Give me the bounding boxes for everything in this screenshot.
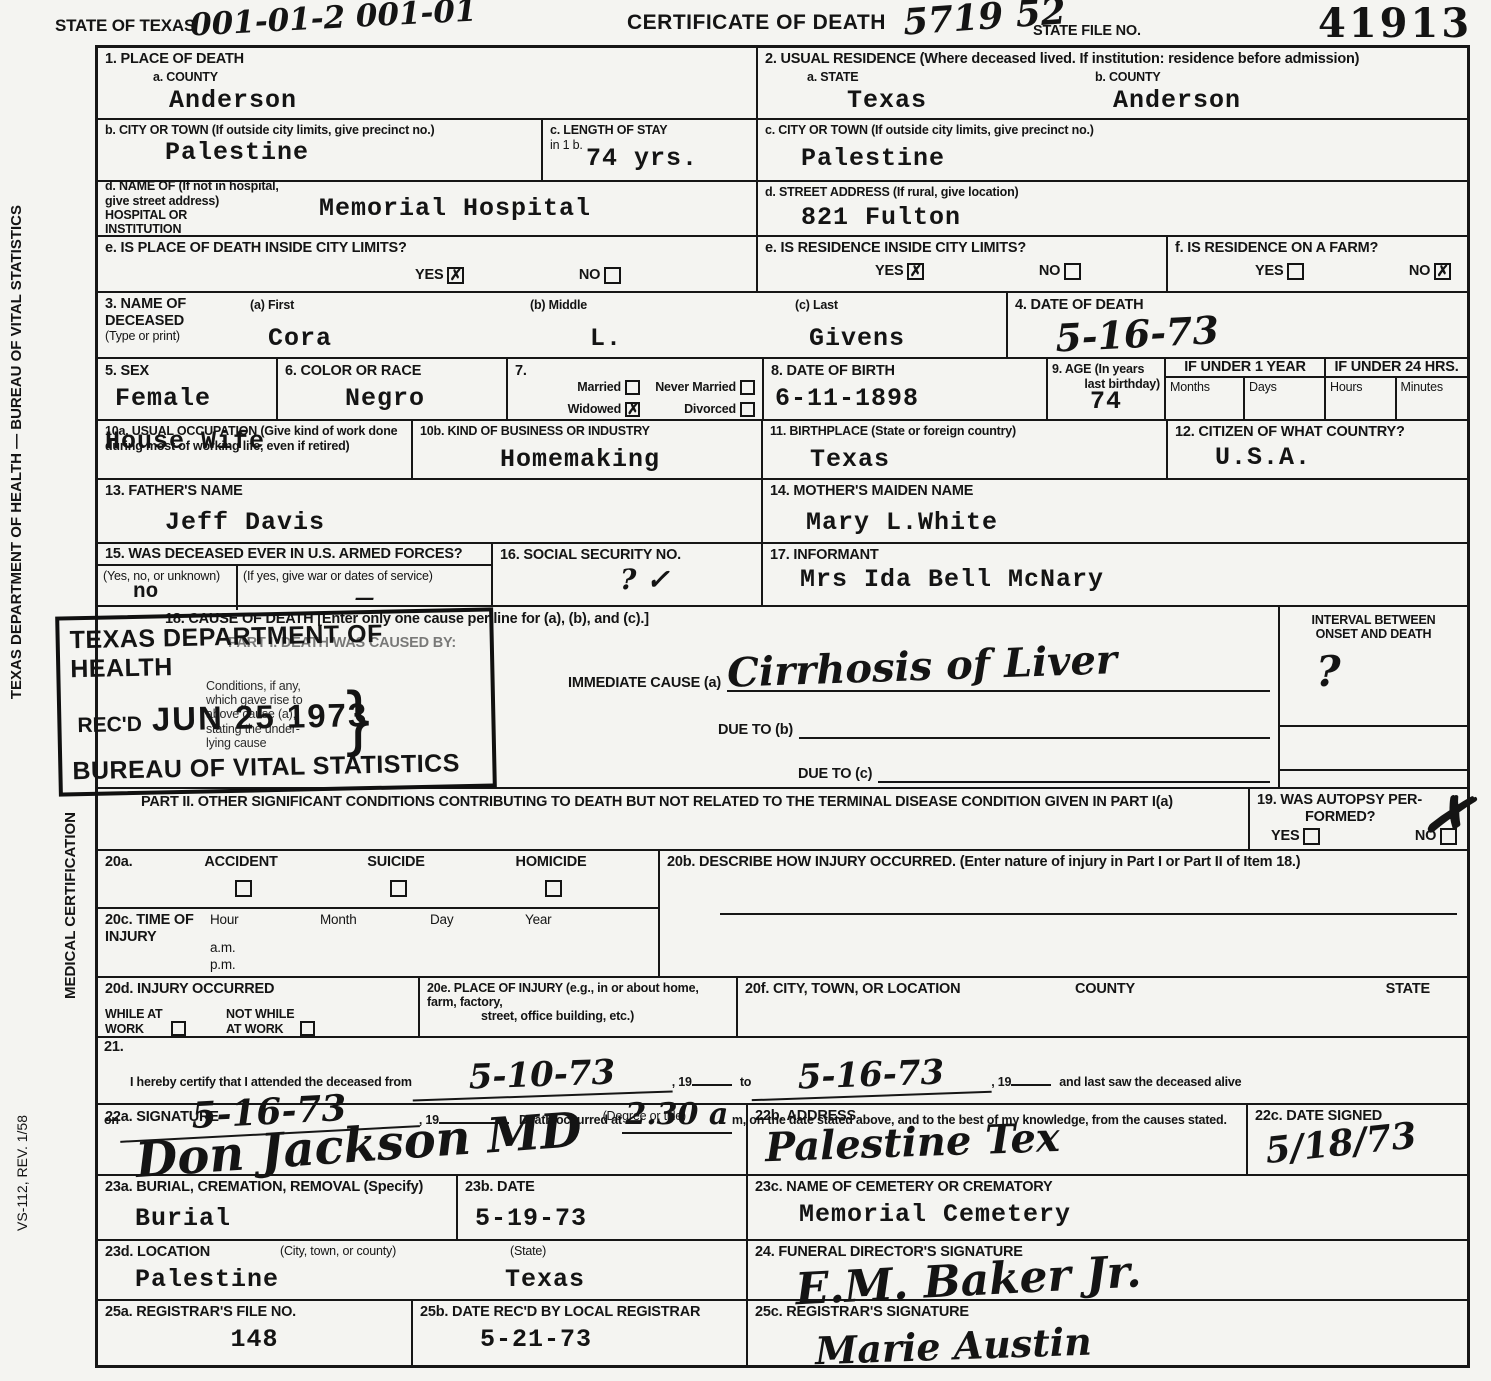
name-label-2: DECEASED bbox=[105, 313, 250, 330]
widowed-label: Widowed bbox=[568, 402, 621, 416]
row-registrar: 25a. REGISTRAR'S FILE NO. 148 25b. DATE … bbox=[98, 1301, 1467, 1365]
field-physician-signature: 22a. SIGNATURE (Degree or title) Don Jac… bbox=[98, 1105, 748, 1174]
autopsy-yes-label: YES bbox=[1271, 828, 1299, 844]
field-name-of-deceased: 3. NAME OF DECEASED (Type or print) (a) … bbox=[98, 293, 1008, 357]
injury-desc-label: 20b. DESCRIBE HOW INJURY OCCURRED. (Ente… bbox=[667, 854, 1460, 871]
physician-signature-value: Don Jackson MD bbox=[134, 1091, 740, 1189]
residence-farm-yes-label: YES bbox=[1255, 263, 1283, 279]
injury-pm-label: p.m. bbox=[210, 957, 320, 973]
signature-label: 22a. SIGNATURE bbox=[105, 1109, 219, 1125]
registrar-file-value: 148 bbox=[105, 1325, 404, 1354]
field-describe-injury: 20b. DESCRIBE HOW INJURY OCCURRED. (Ente… bbox=[660, 851, 1467, 976]
months-label: Months bbox=[1166, 378, 1245, 419]
due-to-b-line: DUE TO (b) bbox=[718, 715, 1270, 739]
injury-place-label-1: 20e. PLACE OF INJURY (e.g., in or about … bbox=[427, 981, 729, 1010]
not-while-at-work-label: NOT WHILE AT WORK bbox=[226, 1007, 296, 1036]
field-informant: 17. INFORMANT Mrs Ida Bell McNary bbox=[763, 544, 1467, 605]
place-city-label: b. CITY OR TOWN (If outside city limits,… bbox=[105, 123, 534, 137]
mother-value: Mary L.White bbox=[770, 508, 1460, 537]
death-certificate-scan: STATE OF TEXAS 001-01-2 001-01 CERTIFICA… bbox=[0, 0, 1491, 1381]
armed-forces-value: no bbox=[103, 581, 231, 604]
field-usual-residence: 2. USUAL RESIDENCE (Where deceased lived… bbox=[758, 48, 1467, 291]
field-interval-onset-death: INTERVAL BETWEEN ONSET AND DEATH ? bbox=[1280, 607, 1467, 788]
injury-day-label: Day bbox=[430, 912, 525, 973]
certify-to-value: 5-16-73 bbox=[751, 1051, 992, 1101]
field-mother-maiden-name: 14. MOTHER'S MAIDEN NAME Mary L.White bbox=[763, 480, 1467, 541]
field-funeral-director-signature: 24. FUNERAL DIRECTOR'S SIGNATURE E.M. Ba… bbox=[748, 1241, 1467, 1299]
location-state-label: (State) bbox=[510, 1244, 546, 1261]
state-file-no-label: STATE FILE NO. bbox=[1033, 23, 1141, 40]
mother-label: 14. MOTHER'S MAIDEN NAME bbox=[770, 483, 1460, 500]
checkbox-while-at-work bbox=[171, 1021, 186, 1036]
homicide-label: HOMICIDE bbox=[471, 854, 631, 871]
checkbox-not-while-at-work bbox=[300, 1021, 315, 1036]
age-value: 74 bbox=[1052, 387, 1160, 416]
while-at-work-label: WHILE AT WORK bbox=[105, 1007, 167, 1036]
residence-city-label: c. CITY OR TOWN (If outside city limits,… bbox=[765, 123, 1460, 137]
place-limits-no-label: NO bbox=[579, 267, 600, 283]
row-certification: 21. I hereby certify that I attended the… bbox=[98, 1038, 1467, 1105]
middle-name-label: (b) Middle bbox=[530, 298, 587, 312]
certify-to-label: to bbox=[740, 1075, 751, 1089]
checkbox-suicide bbox=[390, 880, 407, 897]
certify-year-blank-2: , 19 bbox=[991, 1075, 1011, 1089]
injury-am-label: a.m. bbox=[210, 940, 320, 956]
place-county-label: a. COUNTY bbox=[153, 70, 218, 84]
field-burial-date: 23b. DATE 5-19-73 bbox=[458, 1176, 748, 1239]
row-occupation-birthplace: 10a. USUAL OCCUPATION (Give kind of work… bbox=[98, 421, 1467, 480]
field-injury-occurred: 20d. INJURY OCCURRED WHILE AT WORK NOT W… bbox=[98, 978, 420, 1036]
interval-label-1: INTERVAL BETWEEN bbox=[1288, 613, 1459, 627]
residence-limits-label: e. IS RESIDENCE INSIDE CITY LIMITS? bbox=[765, 240, 1159, 257]
length-of-stay-label: c. LENGTH OF STAY bbox=[550, 123, 749, 137]
days-label: Days bbox=[1245, 378, 1324, 419]
residence-street-value: 821 Fulton bbox=[765, 203, 1460, 232]
field-usual-occupation: 10a. USUAL OCCUPATION (Give kind of work… bbox=[98, 421, 413, 478]
place-limits-yes-label: YES bbox=[415, 267, 443, 283]
middle-name-value: L. bbox=[530, 324, 795, 353]
row-place-and-residence: 1. PLACE OF DEATH a. COUNTY Anderson b. … bbox=[98, 48, 1467, 293]
registrar-date-label: 25b. DATE REC'D BY LOCAL REGISTRAR bbox=[420, 1304, 739, 1321]
row-sex-race-age: 5. SEX Female 6. COLOR OR RACE Negro 7. … bbox=[98, 359, 1467, 421]
industry-value: Homemaking bbox=[420, 445, 754, 474]
residence-county-value: Anderson bbox=[1095, 86, 1241, 115]
field-armed-forces: 15. WAS DECEASED EVER IN U.S. ARMED FORC… bbox=[98, 544, 493, 605]
row-part2-autopsy: PART II. OTHER SIGNIFICANT CONDITIONS CO… bbox=[98, 789, 1467, 851]
hospital-label-3: INSTITUTION bbox=[105, 222, 305, 236]
checkbox-married bbox=[625, 380, 640, 395]
race-value: Negro bbox=[285, 384, 499, 413]
injury-hour-label: Hour bbox=[210, 912, 320, 928]
field-father-name: 13. FATHER'S NAME Jeff Davis bbox=[98, 480, 763, 541]
cemetery-value: Memorial Cemetery bbox=[755, 1200, 1460, 1229]
checkbox-widowed: ✗ bbox=[625, 402, 640, 417]
field-part2-conditions: PART II. OTHER SIGNIFICANT CONDITIONS CO… bbox=[98, 789, 1250, 849]
ssn-value: ? ✓ bbox=[500, 563, 754, 596]
checkbox-autopsy-yes bbox=[1303, 828, 1320, 845]
row-injury-type-time: 20a. ACCIDENT SUICIDE HOMICIDE bbox=[98, 851, 1467, 978]
date-of-birth-value: 6-11-1898 bbox=[771, 384, 1039, 413]
date-of-birth-label: 8. DATE OF BIRTH bbox=[771, 363, 895, 379]
immediate-cause-value: Cirrhosis of Liver bbox=[726, 636, 1117, 697]
divorced-label: Divorced bbox=[684, 402, 736, 416]
under-24-hrs-label: IF UNDER 24 HRS. bbox=[1326, 359, 1467, 378]
burial-label: 23a. BURIAL, CREMATION, REMOVAL (Specify… bbox=[105, 1179, 449, 1196]
part1-label: PART I. DEATH WAS CAUSED BY: bbox=[228, 635, 456, 652]
field-registrar-signature: 25c. REGISTRAR'S SIGNATURE Marie Austin bbox=[748, 1301, 1467, 1365]
burial-date-value: 5-19-73 bbox=[465, 1204, 739, 1233]
injury-year-label: Year bbox=[525, 912, 651, 973]
handwritten-local-codes: 001-01-2 001-01 bbox=[189, 0, 477, 43]
conditions-note-line4: stating the under- bbox=[206, 722, 302, 736]
industry-label: 10b. KIND OF BUSINESS OR INDUSTRY bbox=[420, 424, 754, 438]
field-date-of-death: 4. DATE OF DEATH 5-16-73 bbox=[1008, 293, 1467, 357]
field-cemetery-name: 23c. NAME OF CEMETERY OR CREMATORY Memor… bbox=[748, 1176, 1467, 1239]
checkbox-divorced bbox=[740, 402, 755, 417]
location-city-label: (City, town, or county) bbox=[280, 1244, 510, 1261]
field-ssn: 16. SOCIAL SECURITY NO. ? ✓ bbox=[493, 544, 763, 605]
injury-county-label: COUNTY bbox=[1075, 981, 1355, 1033]
cause-of-death-label: 18. CAUSE OF DEATH [Enter only one cause… bbox=[158, 609, 656, 630]
registrar-date-value: 5-21-73 bbox=[420, 1325, 739, 1354]
checkbox-never-married bbox=[740, 380, 755, 395]
first-name-value: Cora bbox=[250, 324, 530, 353]
sex-label: 5. SEX bbox=[105, 363, 149, 379]
armed-forces-sub2-label: (If yes, give war or dates of service) bbox=[243, 569, 433, 583]
certify-year-blank-1: , 19 bbox=[672, 1075, 692, 1089]
date-of-death-label: 4. DATE OF DEATH bbox=[1015, 297, 1143, 313]
interval-value: ? bbox=[1288, 647, 1459, 696]
field-if-under-24-hrs: IF UNDER 24 HRS. Hours Minutes bbox=[1326, 359, 1467, 419]
interval-label-2: ONSET AND DEATH bbox=[1288, 627, 1459, 641]
armed-forces-sub1-label: (Yes, no, or unknown) bbox=[103, 569, 220, 583]
location-city-value: Palestine bbox=[105, 1265, 505, 1294]
form-code-label: VS-112, REV. 1/58 bbox=[14, 1115, 30, 1231]
hospital-label-2: HOSPITAL OR bbox=[105, 208, 305, 222]
location-state-value: Texas bbox=[505, 1265, 585, 1294]
place-of-death-label: 1. PLACE OF DEATH bbox=[105, 51, 749, 68]
last-name-value: Givens bbox=[795, 324, 999, 353]
row-injury-place: 20d. INJURY OCCURRED WHILE AT WORK NOT W… bbox=[98, 978, 1467, 1038]
checkbox-residence-limits-no bbox=[1064, 263, 1081, 280]
injury-left-stack: 20a. ACCIDENT SUICIDE HOMICIDE bbox=[98, 851, 660, 976]
hospital-value: Memorial Hospital bbox=[305, 194, 591, 223]
row-parents: 13. FATHER'S NAME Jeff Davis 14. MOTHER'… bbox=[98, 480, 1467, 543]
checkbox-place-limits-yes: ✗ bbox=[447, 267, 464, 284]
armed-forces-label: 15. WAS DECEASED EVER IN U.S. ARMED FORC… bbox=[98, 544, 491, 565]
checkbox-residence-limits-yes: ✗ bbox=[907, 263, 924, 280]
certificate-form: 1. PLACE OF DEATH a. COUNTY Anderson b. … bbox=[95, 45, 1470, 1368]
due-to-c-label: DUE TO (c) bbox=[798, 766, 872, 783]
sex-value: Female bbox=[105, 384, 269, 413]
field-place-of-injury: 20e. PLACE OF INJURY (e.g., in or about … bbox=[420, 978, 738, 1036]
field-autopsy: 19. WAS AUTOPSY PER- FORMED? YES NO ✗ bbox=[1250, 789, 1467, 849]
accident-section-label: 20a. bbox=[105, 854, 161, 898]
field-injury-city-county-state: 20f. CITY, TOWN, OR LOCATION COUNTY STAT… bbox=[738, 978, 1467, 1036]
minutes-label: Minutes bbox=[1397, 378, 1468, 419]
married-label: Married bbox=[577, 380, 621, 394]
last-name-label: (c) Last bbox=[795, 298, 838, 312]
marital-label: 7. bbox=[515, 363, 527, 379]
field-date-signed: 22c. DATE SIGNED 5/18/73 bbox=[1248, 1105, 1467, 1174]
conditions-note-line5: lying cause bbox=[206, 736, 302, 750]
part2-label: PART II. OTHER SIGNIFICANT CONDITIONS CO… bbox=[105, 792, 1241, 811]
field-accident-suicide-homicide: 20a. ACCIDENT SUICIDE HOMICIDE bbox=[98, 851, 658, 909]
residence-state-label: a. STATE bbox=[807, 70, 858, 84]
birthplace-value: Texas bbox=[770, 445, 1159, 474]
residence-street-label: d. STREET ADDRESS (If rural, give locati… bbox=[765, 185, 1460, 199]
injury-city-label: 20f. CITY, TOWN, OR LOCATION bbox=[745, 981, 1075, 1033]
conditions-note-line1: Conditions, if any, bbox=[206, 679, 302, 693]
row-physician-signature: 22a. SIGNATURE (Degree or title) Don Jac… bbox=[98, 1105, 1467, 1176]
row-name-and-death-date: 3. NAME OF DECEASED (Type or print) (a) … bbox=[98, 293, 1467, 359]
injury-time-label-1: 20c. TIME OF bbox=[105, 912, 210, 929]
residence-state-value: Texas bbox=[807, 86, 927, 115]
first-name-label: (a) First bbox=[250, 298, 294, 312]
father-value: Jeff Davis bbox=[105, 508, 754, 537]
field-birthplace: 11. BIRTHPLACE (State or foreign country… bbox=[763, 421, 1168, 478]
never-married-label: Never Married bbox=[655, 380, 736, 394]
certificate-number: 41913 bbox=[1318, 0, 1472, 47]
checkbox-residence-farm-no: ✗ bbox=[1434, 263, 1451, 280]
informant-label: 17. INFORMANT bbox=[770, 547, 1460, 564]
informant-value: Mrs Ida Bell McNary bbox=[770, 565, 1460, 594]
citizen-value: U.S.A. bbox=[1175, 443, 1460, 472]
usual-residence-label: 2. USUAL RESIDENCE (Where deceased lived… bbox=[765, 51, 1460, 68]
field-marital-status: 7. Married Widowed✗ Never Married Divorc… bbox=[508, 359, 764, 419]
due-to-b-label: DUE TO (b) bbox=[718, 722, 793, 739]
conditions-note-line3: above cause (a), bbox=[206, 707, 302, 721]
field-date-of-birth: 8. DATE OF BIRTH 6-11-1898 bbox=[764, 359, 1048, 419]
medical-certification-label: MEDICAL CERTIFICATION bbox=[62, 812, 79, 999]
field-sex: 5. SEX Female bbox=[98, 359, 278, 419]
row-burial: 23a. BURIAL, CREMATION, REMOVAL (Specify… bbox=[98, 1176, 1467, 1241]
suicide-label: SUICIDE bbox=[321, 854, 471, 871]
registrar-file-label: 25a. REGISTRAR'S FILE NO. bbox=[105, 1304, 404, 1321]
field-color-or-race: 6. COLOR OR RACE Negro bbox=[278, 359, 508, 419]
autopsy-no-handwritten-x: ✗ bbox=[1421, 789, 1475, 841]
residence-county-label: b. COUNTY bbox=[1095, 70, 1161, 84]
residence-city-value: Palestine bbox=[765, 144, 1460, 173]
field-cause-of-death: 18. CAUSE OF DEATH [Enter only one cause… bbox=[98, 607, 1280, 788]
certificate-header: STATE OF TEXAS 001-01-2 001-01 CERTIFICA… bbox=[0, 0, 1491, 45]
field-registrar-date: 25b. DATE REC'D BY LOCAL REGISTRAR 5-21-… bbox=[413, 1301, 748, 1365]
left-margin-agency-label: TEXAS DEPARTMENT OF HEALTH — BUREAU OF V… bbox=[8, 205, 25, 699]
field-citizen-country: 12. CITIZEN OF WHAT COUNTRY? U.S.A. bbox=[1168, 421, 1467, 478]
hours-label: Hours bbox=[1326, 378, 1397, 419]
race-label: 6. COLOR OR RACE bbox=[285, 363, 421, 379]
field-if-under-1-year: IF UNDER 1 YEAR Months Days bbox=[1166, 359, 1326, 419]
certificate-title: CERTIFICATE OF DEATH bbox=[627, 11, 886, 35]
conditions-note: Conditions, if any, which gave rise to a… bbox=[206, 679, 302, 751]
immediate-cause-line: IMMEDIATE CAUSE (a) Cirrhosis of Liver bbox=[568, 643, 1270, 692]
residence-limits-no-label: NO bbox=[1039, 263, 1060, 279]
residence-farm-no-label: NO bbox=[1409, 263, 1430, 279]
place-city-value: Palestine bbox=[105, 138, 534, 167]
name-label-3: (Type or print) bbox=[105, 329, 250, 343]
field-age: 9. AGE (In years last birthday) 74 bbox=[1048, 359, 1166, 419]
field-physician-address: 22b. ADDRESS Palestine Tex bbox=[748, 1105, 1248, 1174]
conditions-brace: } bbox=[346, 677, 370, 759]
injury-time-label-2: INJURY bbox=[105, 929, 210, 946]
immediate-cause-label: IMMEDIATE CAUSE (a) bbox=[568, 675, 721, 692]
checkbox-residence-farm-yes bbox=[1287, 263, 1304, 280]
cemetery-label: 23c. NAME OF CEMETERY OR CREMATORY bbox=[755, 1179, 1460, 1196]
injury-month-label: Month bbox=[320, 912, 430, 973]
accident-label: ACCIDENT bbox=[161, 854, 321, 871]
certify-number-label: 21. bbox=[104, 1039, 1461, 1056]
age-label-1: 9. AGE (In years bbox=[1052, 362, 1160, 376]
row-location-funeral-director: 23d. LOCATION (City, town, or county) (S… bbox=[98, 1241, 1467, 1301]
location-label: 23d. LOCATION bbox=[105, 1244, 280, 1261]
field-burial-type: 23a. BURIAL, CREMATION, REMOVAL (Specify… bbox=[98, 1176, 458, 1239]
ssn-label: 16. SOCIAL SECURITY NO. bbox=[500, 547, 754, 564]
field-kind-of-business: 10b. KIND OF BUSINESS OR INDUSTRY Homema… bbox=[413, 421, 763, 478]
conditions-note-line2: which gave rise to bbox=[206, 693, 302, 707]
checkbox-accident bbox=[235, 880, 252, 897]
field-registrar-file-no: 25a. REGISTRAR'S FILE NO. 148 bbox=[98, 1301, 413, 1365]
row-forces-ssn-informant: 15. WAS DECEASED EVER IN U.S. ARMED FORC… bbox=[98, 544, 1467, 607]
checkbox-homicide bbox=[545, 880, 562, 897]
interval-row-b bbox=[1280, 727, 1467, 771]
field-time-of-injury: 20c. TIME OF INJURY Hour a.m. p.m. Month… bbox=[98, 909, 658, 976]
residence-farm-label: f. IS RESIDENCE ON A FARM? bbox=[1175, 240, 1460, 257]
place-county-value: Anderson bbox=[153, 86, 297, 115]
injury-state-label: STATE bbox=[1355, 981, 1460, 1033]
residence-limits-yes-label: YES bbox=[875, 263, 903, 279]
certify-text-2: and last saw the deceased alive bbox=[1059, 1075, 1241, 1089]
birthplace-label: 11. BIRTHPLACE (State or foreign country… bbox=[770, 424, 1159, 438]
father-label: 13. FATHER'S NAME bbox=[105, 483, 754, 500]
state-of-texas-label: STATE OF TEXAS bbox=[55, 16, 195, 36]
place-city-limits-label: e. IS PLACE OF DEATH INSIDE CITY LIMITS? bbox=[105, 240, 749, 257]
burial-date-label: 23b. DATE bbox=[465, 1179, 739, 1196]
row-cause-of-death: 18. CAUSE OF DEATH [Enter only one cause… bbox=[98, 607, 1467, 790]
field-burial-location: 23d. LOCATION (City, town, or county) (S… bbox=[98, 1241, 748, 1299]
checkbox-place-limits-no bbox=[604, 267, 621, 284]
citizen-label: 12. CITIZEN OF WHAT COUNTRY? bbox=[1175, 424, 1460, 441]
under-1-year-label: IF UNDER 1 YEAR bbox=[1166, 359, 1324, 378]
injury-place-label-2: street, office building, etc.) bbox=[427, 1009, 729, 1023]
due-to-c-line: DUE TO (c) bbox=[798, 759, 1270, 783]
name-label-1: 3. NAME OF bbox=[105, 296, 250, 313]
field-place-of-death: 1. PLACE OF DEATH a. COUNTY Anderson b. … bbox=[98, 48, 758, 291]
burial-value: Burial bbox=[105, 1204, 449, 1233]
injury-occurred-label: 20d. INJURY OCCURRED bbox=[105, 981, 411, 998]
hospital-label-1: d. NAME OF (If not in hospital, give str… bbox=[105, 179, 305, 208]
